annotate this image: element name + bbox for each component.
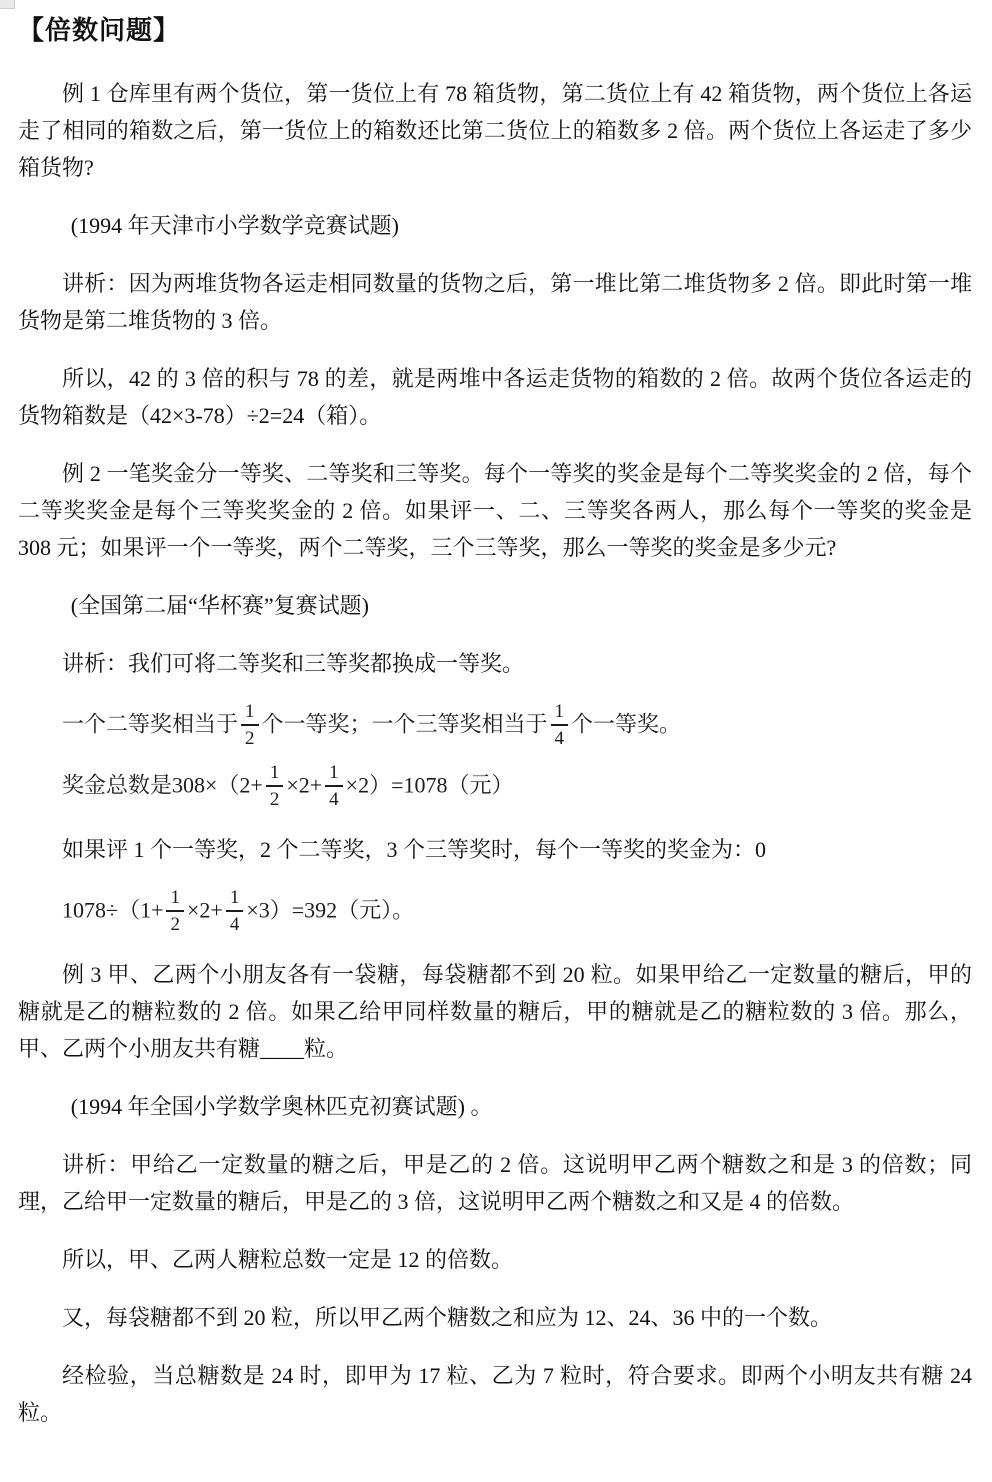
example2-analysis: 讲析：我们可将二等奖和三等奖都换成一等奖。 [18,645,972,682]
example3-analysis-4: 经检验，当总糖数是 24 时，即甲为 17 粒、乙为 7 粒时，符合要求。即两个… [18,1357,972,1431]
example1-analysis-1: 讲析：因为两堆货物各运走相同数量的货物之后，第一堆比第二堆货物多 2 倍。即此时… [18,265,972,339]
fraction: 14 [325,762,343,809]
fraction: 12 [266,762,284,809]
example1-analysis-2: 所以，42 的 3 倍的积与 78 的差，就是两堆中各运走货物的箱数的 2 倍。… [18,360,972,434]
page-corner-artifact [0,0,15,9]
formula-equivalence: 一个二等奖相当于12个一等奖；一个三等奖相当于14个一等奖。 [62,703,972,750]
example3-source: (1994 年全国小学数学奥林匹克初赛试题) 。 [18,1088,972,1125]
example2-source: (全国第二届“华杯赛”复赛试题) [18,587,972,624]
example3-analysis-3: 又，每袋糖都不到 20 粒，所以甲乙两个糖数之和应为 12、24、36 中的一个… [18,1299,972,1336]
fraction: 14 [226,887,244,934]
formula-total-prize: 奖金总数是308×（2+12×2+14×2）=1078（元） [62,764,972,811]
fraction: 12 [241,701,259,748]
example3-problem: 例 3 甲、乙两个小朋友各有一袋糖，每袋糖都不到 20 粒。如果甲给乙一定数量的… [18,956,972,1067]
example1-source: (1994 年天津市小学数学竞赛试题) [18,207,972,244]
example1-problem: 例 1 仓库里有两个货位，第一货位上有 78 箱货物，第二货位上有 42 箱货物… [18,75,972,186]
fraction: 14 [551,701,569,748]
example3-analysis-1: 讲析：甲给乙一定数量的糖之后，甲是乙的 2 倍。这说明甲乙两个糖数之和是 3 的… [18,1146,972,1220]
example2-problem: 例 2 一笔奖金分一等奖、二等奖和三等奖。每个一等奖的奖金是每个二等奖奖金的 2… [18,455,972,566]
page-title: 【倍数问题】 [18,10,972,47]
formula-first-prize: 1078÷（1+12×2+14×3）=392（元）。 [62,889,972,936]
example3-analysis-2: 所以，甲、乙两人糖粒总数一定是 12 的倍数。 [18,1241,972,1278]
example2-note: 如果评 1 个一等奖，2 个二等奖，3 个三等奖时，每个一等奖的奖金为：0 [18,831,972,868]
fraction: 12 [166,887,184,934]
